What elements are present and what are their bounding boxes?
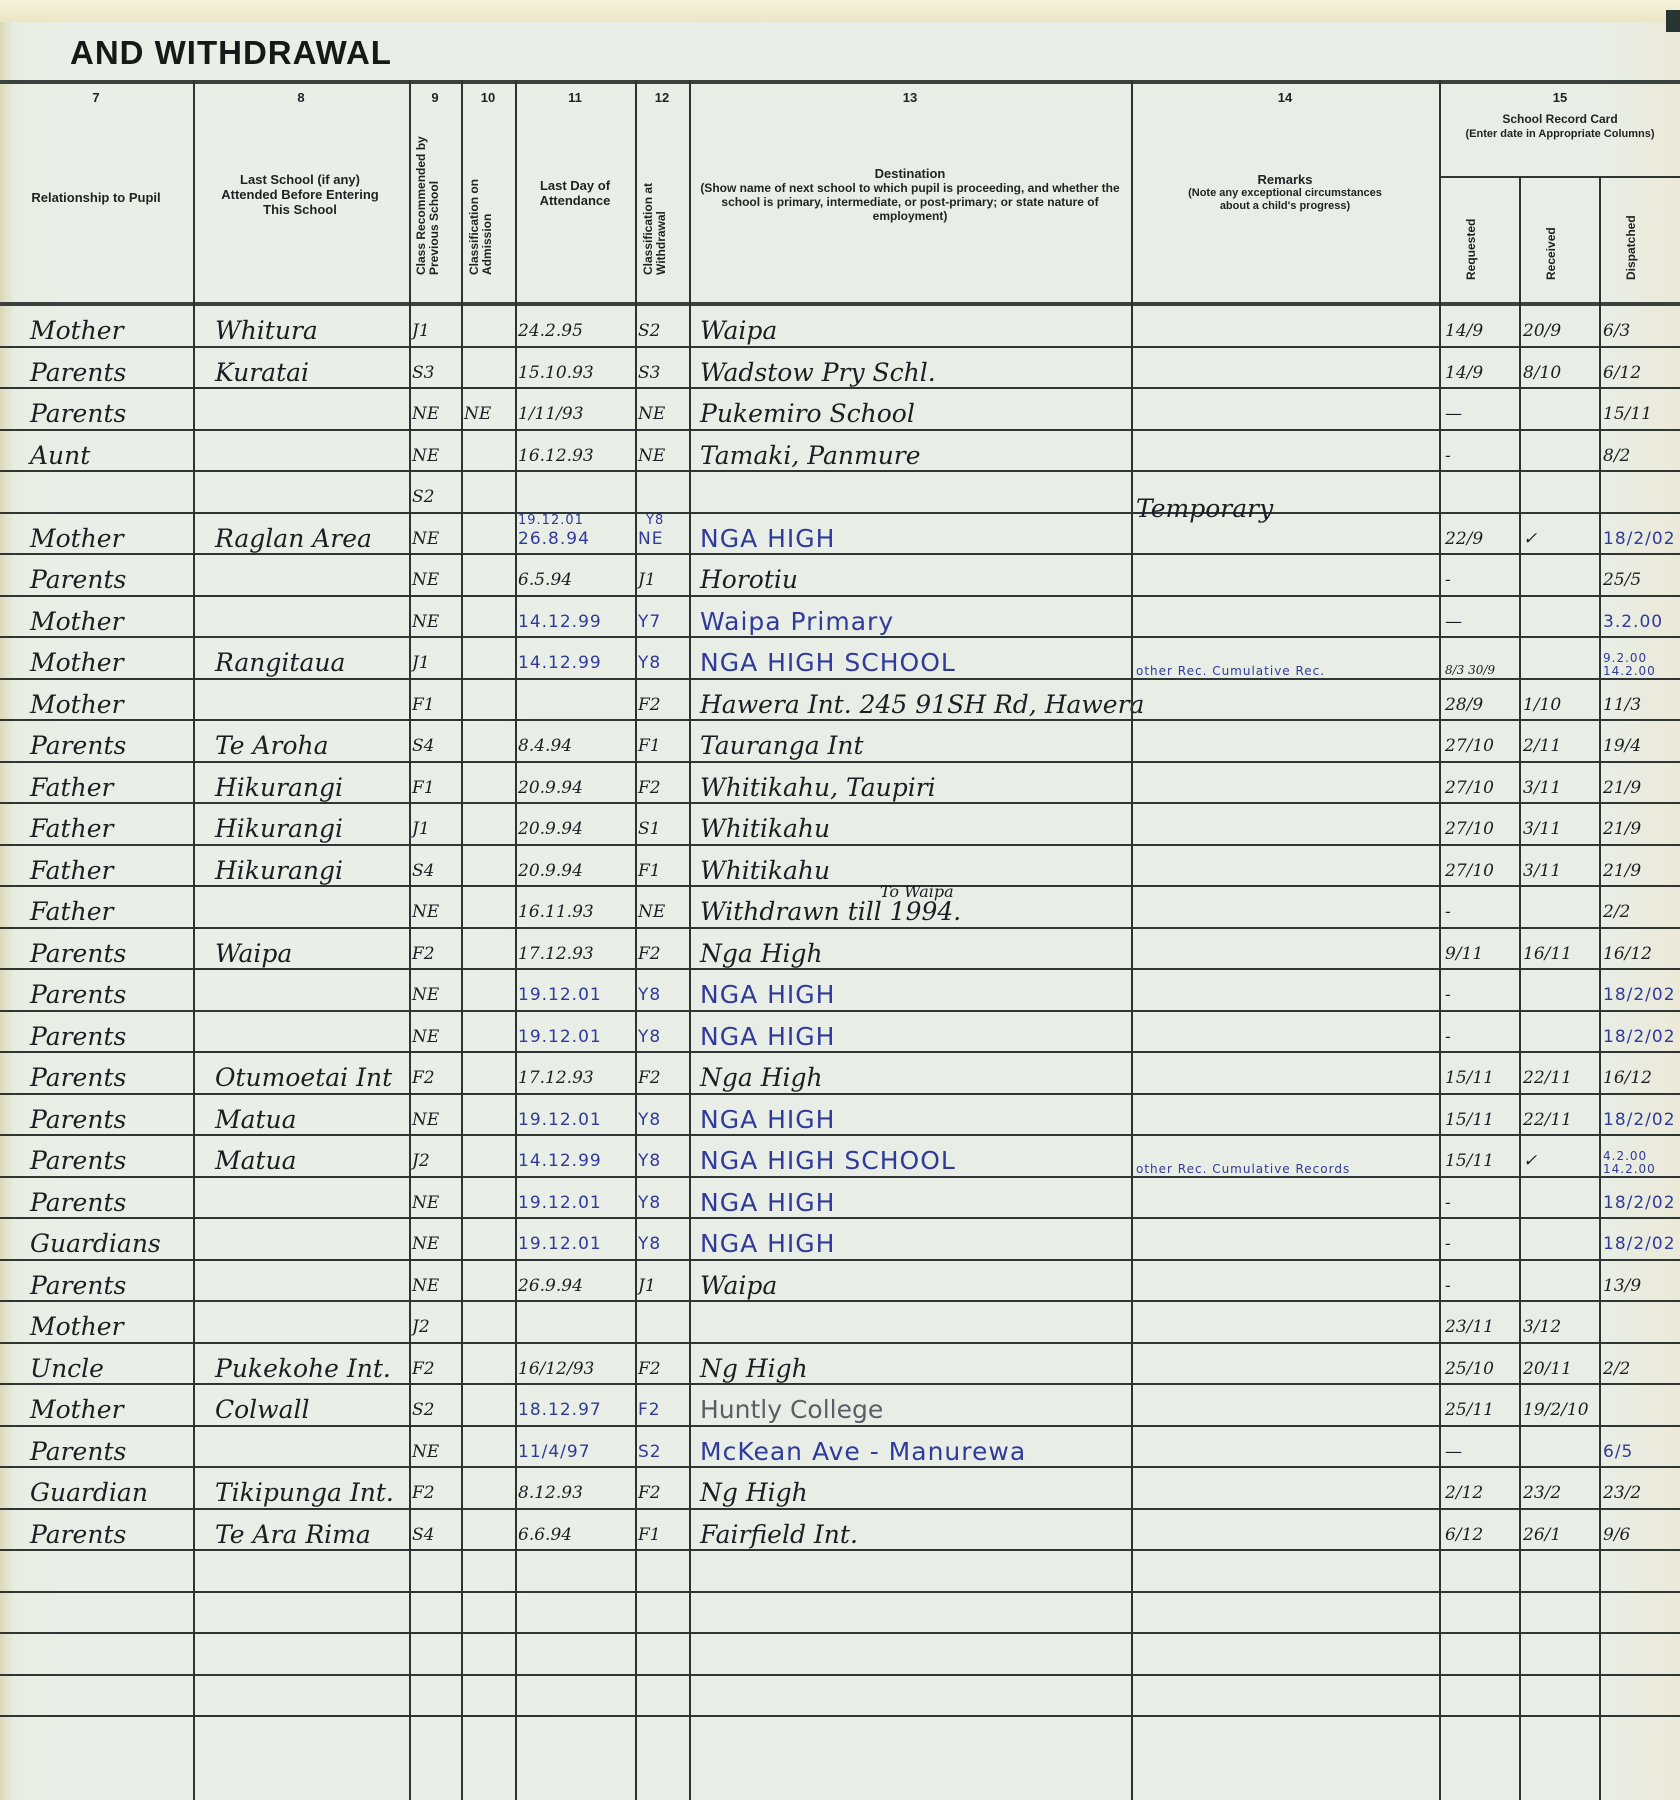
cell-received: ✓ xyxy=(1523,1146,1537,1176)
col-9-number: 9 xyxy=(410,90,460,105)
cell-class-wd: F1 xyxy=(638,731,661,761)
cell-last-school: Pukekohe Int. xyxy=(215,1354,391,1384)
cell-destination: NGA HIGH xyxy=(700,980,835,1010)
cell-received: 8/10 xyxy=(1523,358,1561,388)
table-row: MotherNE14.12.99Y7Waipa Primary—3.2.00 xyxy=(0,597,1680,639)
cell-class-rec: S2 xyxy=(412,482,434,512)
table-row: MotherJ223/113/12 xyxy=(0,1302,1680,1344)
cell-last-school: Matua xyxy=(215,1146,297,1176)
cell-requested: - xyxy=(1445,565,1451,595)
cell-class-wd: S1 xyxy=(638,814,660,844)
cell-relationship: Mother xyxy=(30,648,124,678)
cell-class-rec: NE xyxy=(412,524,439,554)
col-15-header: School Record Card (Enter date in Approp… xyxy=(1445,112,1675,142)
col-9-header: Class Recommended by Previous School xyxy=(415,120,455,275)
cell-class-rec: S4 xyxy=(412,856,434,886)
cell-class-rec: S4 xyxy=(412,1520,434,1550)
cell-last-day: 14.12.99 xyxy=(518,1146,602,1176)
table-row: ParentsKurataiS315.10.93S3Wadstow Pry Sc… xyxy=(0,348,1680,390)
cell-received: 3/11 xyxy=(1523,773,1561,803)
cell-dispatched: 16/12 xyxy=(1603,939,1652,969)
table-row: ParentsNE19.12.01Y8NGA HIGH-18/2/02 xyxy=(0,970,1680,1012)
cell-dispatched: 21/9 xyxy=(1603,856,1641,886)
cell-class-rec: F2 xyxy=(412,939,435,969)
cell-last-day: 20.9.94 xyxy=(518,856,583,886)
cell-relationship: Parents xyxy=(30,980,126,1010)
cell-last-school: Matua xyxy=(215,1105,297,1135)
cell-class-rec: S3 xyxy=(412,358,434,388)
cell-dispatched: 2/2 xyxy=(1603,1354,1630,1384)
cell-received: 16/11 xyxy=(1523,939,1572,969)
cell-requested: - xyxy=(1445,1188,1451,1218)
cell-dispatched: 9/6 xyxy=(1603,1520,1630,1550)
cell-received: 26/1 xyxy=(1523,1520,1561,1550)
cell-class-wd: F2 xyxy=(638,690,661,720)
cell-requested: 27/10 xyxy=(1445,856,1494,886)
cell-last-day: 19.12.01 xyxy=(518,980,602,1010)
cell-class-wd: Y8 xyxy=(638,1022,661,1052)
column-divider xyxy=(1519,176,1521,1800)
cell-requested: - xyxy=(1445,1022,1451,1052)
cell-relationship: Parents xyxy=(30,1146,126,1176)
cell-requested: - xyxy=(1445,897,1451,927)
table-row xyxy=(0,1676,1680,1718)
column-divider xyxy=(1599,176,1601,1800)
table-row: ParentsTe Ara RimaS46.6.94F1Fairfield In… xyxy=(0,1510,1680,1552)
cell-requested: - xyxy=(1445,980,1451,1010)
cell-relationship: Parents xyxy=(30,399,126,429)
cell-last-school: Rangitaua xyxy=(215,648,345,678)
cell-received: 19/2/10 xyxy=(1523,1395,1589,1425)
cell-last-school: Te Ara Rima xyxy=(215,1520,371,1550)
cell-destination: McKean Ave - Manurewa xyxy=(700,1437,1026,1467)
cell-last-day: 6.5.94 xyxy=(518,565,572,595)
table-row: ParentsNE11/4/97S2McKean Ave - Manurewa—… xyxy=(0,1427,1680,1469)
col-15-dispatched-header: Dispatched xyxy=(1625,200,1655,280)
cell-class-wd: F1 xyxy=(638,856,661,886)
cell-dispatched: 21/9 xyxy=(1603,814,1641,844)
table-row: MotherWhituraJ124.2.95S2Waipa14/920/96/3 xyxy=(0,306,1680,348)
page-corner-mark xyxy=(1666,10,1680,32)
cell-class-rec: J2 xyxy=(412,1312,430,1342)
col-10-header: Classification on Admission xyxy=(468,170,508,275)
col-14-header: Remarks (Note any exceptional circumstan… xyxy=(1180,172,1390,213)
cell-class-rec: NE xyxy=(412,1188,439,1218)
table-row: ParentsMatuaNE19.12.01Y8NGA HIGH15/1122/… xyxy=(0,1095,1680,1137)
cell-relationship: Parents xyxy=(30,939,126,969)
cell-destination: Waipa Primary xyxy=(700,607,894,637)
cell-class-wd: F2 xyxy=(638,1354,661,1384)
cell-last-day-alt: 19.12.01 xyxy=(518,506,584,536)
cell-requested: 25/11 xyxy=(1445,1395,1494,1425)
cell-last-day: 16/12/93 xyxy=(518,1354,594,1384)
cell-dispatched: 8/2 xyxy=(1603,441,1630,471)
cell-dispatched: 6/5 xyxy=(1603,1437,1633,1467)
cell-relationship: Parents xyxy=(30,1063,126,1093)
cell-requested: 14/9 xyxy=(1445,358,1483,388)
cell-relationship: Father xyxy=(30,773,113,803)
cell-received: 2/11 xyxy=(1523,731,1561,761)
table-row: MotherRaglan AreaNE26.8.94NENGA HIGH22/9… xyxy=(0,514,1680,556)
cell-destination: Tamaki, Panmure xyxy=(700,441,921,471)
cell-class-rec: NE xyxy=(412,565,439,595)
cell-relationship: Parents xyxy=(30,1105,126,1135)
cell-last-day: 17.12.93 xyxy=(518,1063,594,1093)
cell-destination: Nga High xyxy=(700,1063,823,1093)
column-divider xyxy=(461,80,463,1800)
col-15-requested-header: Requested xyxy=(1465,200,1495,280)
cell-class-adm: NE xyxy=(464,399,491,429)
header-bottom-rule xyxy=(0,302,1680,306)
cell-relationship: Uncle xyxy=(30,1354,104,1384)
cell-last-day: 19.12.01 xyxy=(518,1188,602,1218)
cell-relationship: Father xyxy=(30,897,113,927)
cell-received: 3/11 xyxy=(1523,856,1561,886)
col-14-note: (Note any exceptional circumstances abou… xyxy=(1180,187,1390,213)
col-13-note: (Show name of next school to which pupil… xyxy=(700,181,1120,223)
cell-dispatched: 25/5 xyxy=(1603,565,1641,595)
cell-dispatched: 18/2/02 xyxy=(1603,980,1676,1010)
cell-destination: NGA HIGH xyxy=(700,1188,835,1218)
table-row: ParentsOtumoetai IntF217.12.93F2Nga High… xyxy=(0,1053,1680,1095)
cell-destination: NGA HIGH xyxy=(700,524,835,554)
cell-requested: 15/11 xyxy=(1445,1105,1494,1135)
col-10-number: 10 xyxy=(462,90,514,105)
column-divider xyxy=(635,80,637,1800)
column-divider xyxy=(193,80,195,1800)
cell-relationship: Mother xyxy=(30,607,124,637)
cell-dispatched: 2/2 xyxy=(1603,897,1630,927)
cell-destination: Whitikahu, Taupiri xyxy=(700,773,936,803)
cell-class-wd: Y8 xyxy=(638,1229,661,1259)
cell-last-school: Te Aroha xyxy=(215,731,329,761)
cell-class-wd: Y8 xyxy=(638,1105,661,1135)
cell-class-rec: J2 xyxy=(412,1146,430,1176)
cell-last-day: 11/4/97 xyxy=(518,1437,591,1467)
cell-last-day: 19.12.01 xyxy=(518,1022,602,1052)
cell-class-rec: S2 xyxy=(412,1395,434,1425)
cell-requested: — xyxy=(1445,1437,1462,1467)
col-13-title: Destination xyxy=(700,166,1120,181)
table-row xyxy=(0,1551,1680,1593)
cell-destination: Tauranga Int xyxy=(700,731,864,761)
cell-requested: 15/11 xyxy=(1445,1063,1494,1093)
cell-relationship: Parents xyxy=(30,731,126,761)
cell-last-day: 8.4.94 xyxy=(518,731,572,761)
cell-requested: 2/12 xyxy=(1445,1478,1483,1508)
cell-last-school: Kuratai xyxy=(215,358,309,388)
table-row xyxy=(0,1634,1680,1676)
cell-destination: Whitikahu xyxy=(700,856,830,886)
cell-last-day: 14.12.99 xyxy=(518,607,602,637)
cell-requested: 15/11 xyxy=(1445,1146,1494,1176)
cell-relationship: Mother xyxy=(30,524,124,554)
cell-class-rec: NE xyxy=(412,607,439,637)
table-row: ParentsNE6.5.94J1Horotiu-25/5 xyxy=(0,555,1680,597)
cell-dispatched: 21/9 xyxy=(1603,773,1641,803)
col-13-header: Destination (Show name of next school to… xyxy=(700,166,1120,223)
col-15-note: (Enter date in Appropriate Columns) xyxy=(1445,127,1675,142)
cell-requested: 28/9 xyxy=(1445,690,1483,720)
cell-class-rec: J1 xyxy=(412,814,430,844)
col-12-header: Classification at Withdrawal xyxy=(642,170,682,275)
cell-last-day: 14.12.99 xyxy=(518,648,602,678)
cell-last-day: 17.12.93 xyxy=(518,939,594,969)
table-row: FatherHikurangiS420.9.94F1Whitikahu27/10… xyxy=(0,846,1680,888)
column-divider xyxy=(1439,80,1441,1800)
cell-last-school: Otumoetai Int xyxy=(215,1063,392,1093)
cell-received: 3/11 xyxy=(1523,814,1561,844)
table-row: UnclePukekohe Int.F216/12/93F2Ng High25/… xyxy=(0,1344,1680,1386)
cell-last-school: Tikipunga Int. xyxy=(215,1478,394,1508)
cell-relationship: Parents xyxy=(30,1437,126,1467)
cell-relationship: Mother xyxy=(30,1312,124,1342)
col-15-received-header: Received xyxy=(1545,200,1575,280)
cell-class-rec: NE xyxy=(412,1271,439,1301)
cell-class-wd: Y7 xyxy=(638,607,661,637)
cell-last-day: 20.9.94 xyxy=(518,773,583,803)
col-11-header: Last Day of Attendance xyxy=(520,178,630,208)
cell-last-day: 6.6.94 xyxy=(518,1520,572,1550)
cell-received: 1/10 xyxy=(1523,690,1561,720)
cell-received: 20/11 xyxy=(1523,1354,1572,1384)
cell-class-rec: F2 xyxy=(412,1478,435,1508)
cell-class-wd: Y8 xyxy=(638,980,661,1010)
cell-dispatched: 3.2.00 xyxy=(1603,607,1663,637)
cell-requested: - xyxy=(1445,441,1451,471)
column-divider xyxy=(409,80,411,1800)
cell-received: 22/11 xyxy=(1523,1105,1572,1135)
cell-destination: NGA HIGH xyxy=(700,1229,835,1259)
cell-requested: 8/3 30/9 xyxy=(1445,663,1505,678)
cell-relationship: Aunt xyxy=(30,441,90,471)
cell-requested: 14/9 xyxy=(1445,316,1483,346)
cell-relationship: Guardians xyxy=(30,1229,161,1259)
col-7-number: 7 xyxy=(0,90,192,105)
cell-dispatched: 11/3 xyxy=(1603,690,1641,720)
cell-relationship: Mother xyxy=(30,316,124,346)
table-row: GuardiansNE19.12.01Y8NGA HIGH-18/2/02 xyxy=(0,1219,1680,1261)
cell-last-day: 16.12.93 xyxy=(518,441,594,471)
cell-last-day: 18.12.97 xyxy=(518,1395,602,1425)
cell-destination: Hawera Int. 245 91SH Rd, Hawera xyxy=(700,690,1144,720)
cell-class-wd: F2 xyxy=(638,1063,661,1093)
cell-dispatched: 18/2/02 xyxy=(1603,1229,1676,1259)
cell-destination: Waipa xyxy=(700,316,777,346)
cell-destination: Ng High xyxy=(700,1354,808,1384)
col-7-header: Relationship to Pupil xyxy=(10,190,182,205)
table-row: FatherHikurangiF120.9.94F2Whitikahu, Tau… xyxy=(0,763,1680,805)
cell-last-school: Whitura xyxy=(215,316,318,346)
cell-relationship: Parents xyxy=(30,1271,126,1301)
cell-requested: - xyxy=(1445,1271,1451,1301)
cell-requested: 27/10 xyxy=(1445,731,1494,761)
cell-requested: - xyxy=(1445,1229,1451,1259)
cell-class-rec: NE xyxy=(412,441,439,471)
cell-class-wd: S3 xyxy=(638,358,660,388)
cell-dispatched: 18/2/02 xyxy=(1603,1188,1676,1218)
cell-relationship: Father xyxy=(30,814,113,844)
table-row: AuntNE16.12.93NETamaki, Panmure-8/2 xyxy=(0,431,1680,473)
table-row: ParentsNE26.9.94J1Waipa-13/9 xyxy=(0,1261,1680,1303)
cell-destination: NGA HIGH xyxy=(700,1022,835,1052)
cell-class-rec: J1 xyxy=(412,648,430,678)
cell-relationship: Parents xyxy=(30,565,126,595)
cell-class-wd: Y8 xyxy=(638,1188,661,1218)
cell-class-rec: F2 xyxy=(412,1354,435,1384)
cell-last-school: Raglan Area xyxy=(215,524,372,554)
cell-dispatched: 18/2/02 xyxy=(1603,1022,1676,1052)
table-row: ParentsWaipaF217.12.93F2Nga High9/1116/1… xyxy=(0,929,1680,971)
cell-requested: 23/11 xyxy=(1445,1312,1494,1342)
cell-received: 23/2 xyxy=(1523,1478,1561,1508)
table-row: FatherNE16.11.93NEWithdrawn till 1994.-2… xyxy=(0,887,1680,929)
cell-class-rec: F1 xyxy=(412,690,435,720)
column-divider xyxy=(1131,80,1133,1800)
cell-destination: NGA HIGH xyxy=(700,1105,835,1135)
cell-class-wd: NE xyxy=(638,441,665,471)
cell-requested: 22/9 xyxy=(1445,524,1483,554)
cell-destination: Nga High xyxy=(700,939,823,969)
cell-destination: Fairfield Int. xyxy=(700,1520,858,1550)
cell-dispatched: 16/12 xyxy=(1603,1063,1652,1093)
table-row: MotherColwallS218.12.97F2Huntly College2… xyxy=(0,1385,1680,1427)
page-top-edge xyxy=(0,0,1680,22)
cell-dispatched: 6/12 xyxy=(1603,358,1641,388)
cell-class-wd: Y8 xyxy=(638,648,661,678)
cell-last-day: 16.11.93 xyxy=(518,897,594,927)
table-row: ParentsNE19.12.01Y8NGA HIGH-18/2/02 xyxy=(0,1178,1680,1220)
cell-last-school: Hikurangi xyxy=(215,856,343,886)
cell-dispatched: 6/3 xyxy=(1603,316,1630,346)
table-row: ParentsNE19.12.01Y8NGA HIGH-18/2/02 xyxy=(0,1012,1680,1054)
cell-last-day: 8.12.93 xyxy=(518,1478,583,1508)
col-14-title: Remarks xyxy=(1180,172,1390,187)
cell-class-rec: S4 xyxy=(412,731,434,761)
cell-class-rec: NE xyxy=(412,399,439,429)
cell-class-rec: F2 xyxy=(412,1063,435,1093)
col-12-number: 12 xyxy=(636,90,688,105)
cell-received: 20/9 xyxy=(1523,316,1561,346)
cell-last-school: Hikurangi xyxy=(215,814,343,844)
cell-requested: 6/12 xyxy=(1445,1520,1483,1550)
cell-destination: Ng High xyxy=(700,1478,808,1508)
table-row: ParentsTe ArohaS48.4.94F1Tauranga Int27/… xyxy=(0,721,1680,763)
table-row: ParentsNENE1/11/93NEPukemiro School—15/1… xyxy=(0,389,1680,431)
cell-class-wd: F2 xyxy=(638,773,661,803)
col-11-number: 11 xyxy=(516,90,634,105)
cell-class-wd: Y8 xyxy=(638,1146,661,1176)
register-page: AND WITHDRAWAL 7 8 9 10 11 12 13 14 15 R… xyxy=(0,0,1680,1800)
cell-relationship: Mother xyxy=(30,690,124,720)
cell-class-wd: NE xyxy=(638,897,665,927)
cell-class-rec: F1 xyxy=(412,773,435,803)
cell-requested: — xyxy=(1445,607,1462,637)
cell-class-wd: F1 xyxy=(638,1520,661,1550)
cell-class-rec: NE xyxy=(412,1022,439,1052)
admission-withdrawal-table: 7 8 9 10 11 12 13 14 15 Relationship to … xyxy=(0,80,1680,1800)
cell-destination: Horotiu xyxy=(700,565,798,595)
cell-relationship: Parents xyxy=(30,1520,126,1550)
cell-relationship: Parents xyxy=(30,358,126,388)
cell-destination: Pukemiro School xyxy=(700,399,915,429)
cell-dispatched: 19/4 xyxy=(1603,731,1641,761)
cell-class-rec: NE xyxy=(412,980,439,1010)
cell-class-wd: S2 xyxy=(638,1437,662,1467)
cell-received: 3/12 xyxy=(1523,1312,1561,1342)
cell-destination: Huntly College xyxy=(700,1395,883,1425)
cell-last-school: Waipa xyxy=(215,939,292,969)
cell-class-wd: F2 xyxy=(638,939,661,969)
table-row xyxy=(0,1593,1680,1635)
column-divider xyxy=(689,80,691,1800)
table-row: S2Temporary xyxy=(0,472,1680,514)
cell-relationship: Parents xyxy=(30,1022,126,1052)
cell-last-day: 26.9.94 xyxy=(518,1271,583,1301)
table-row: GuardianTikipunga Int.F28.12.93F2Ng High… xyxy=(0,1468,1680,1510)
cell-last-day: 20.9.94 xyxy=(518,814,583,844)
col-15-number: 15 xyxy=(1440,90,1680,105)
col-13-number: 13 xyxy=(690,90,1130,105)
cell-last-day: 19.12.01 xyxy=(518,1229,602,1259)
cell-dispatched: 18/2/02 xyxy=(1603,524,1676,554)
cell-requested: 9/11 xyxy=(1445,939,1483,969)
cell-received: ✓ xyxy=(1523,524,1537,554)
cell-relationship: Parents xyxy=(30,1188,126,1218)
cell-class-rec: NE xyxy=(412,1437,439,1467)
cell-class-rec: J1 xyxy=(412,316,430,346)
table-row: ParentsMatuaJ214.12.99Y8NGA HIGH SCHOOLo… xyxy=(0,1136,1680,1178)
cell-class-wd: J1 xyxy=(638,1271,656,1301)
cell-requested: 27/10 xyxy=(1445,773,1494,803)
cell-class-wd: S2 xyxy=(638,316,660,346)
cell-requested: 25/10 xyxy=(1445,1354,1494,1384)
table-row: MotherF1F2Hawera Int. 245 91SH Rd, Hawer… xyxy=(0,680,1680,722)
cell-last-school: Colwall xyxy=(215,1395,309,1425)
col-8-number: 8 xyxy=(194,90,408,105)
cell-requested: — xyxy=(1445,399,1462,429)
cell-requested: 27/10 xyxy=(1445,814,1494,844)
cell-class-wd: F2 xyxy=(638,1395,661,1425)
cell-dispatched: 23/2 xyxy=(1603,1478,1641,1508)
col-15-title: School Record Card xyxy=(1445,112,1675,127)
cell-class-wd: F2 xyxy=(638,1478,661,1508)
cell-remarks: other Rec. Cumulative Records xyxy=(1136,1162,1416,1176)
cell-relationship: Father xyxy=(30,856,113,886)
cell-last-day: 15.10.93 xyxy=(518,358,594,388)
col-8-header: Last School (if any) Attended Before Ent… xyxy=(215,172,385,217)
row-rule xyxy=(0,1715,1680,1717)
col-15-subheader-rule xyxy=(1439,176,1680,178)
column-divider xyxy=(515,80,517,1800)
cell-relationship: Mother xyxy=(30,1395,124,1425)
cell-class-wd: NE xyxy=(638,399,665,429)
cell-class-wd-alt: Y8 xyxy=(646,506,664,536)
cell-destination: Wadstow Pry Schl. xyxy=(700,358,936,388)
table-row: FatherHikurangiJ120.9.94S1Whitikahu27/10… xyxy=(0,804,1680,846)
cell-last-day: 19.12.01 xyxy=(518,1105,602,1135)
cell-last-day: 1/11/93 xyxy=(518,399,584,429)
page-title: AND WITHDRAWAL xyxy=(70,34,392,72)
cell-remarks: other Rec. Cumulative Rec. xyxy=(1136,664,1416,678)
cell-destination: Whitikahu xyxy=(700,814,830,844)
cell-relationship: Guardian xyxy=(30,1478,148,1508)
cell-destination: NGA HIGH SCHOOL xyxy=(700,648,956,678)
cell-last-school: Hikurangi xyxy=(215,773,343,803)
table-top-rule xyxy=(0,80,1680,84)
cell-received: 22/11 xyxy=(1523,1063,1572,1093)
cell-class-rec: NE xyxy=(412,897,439,927)
